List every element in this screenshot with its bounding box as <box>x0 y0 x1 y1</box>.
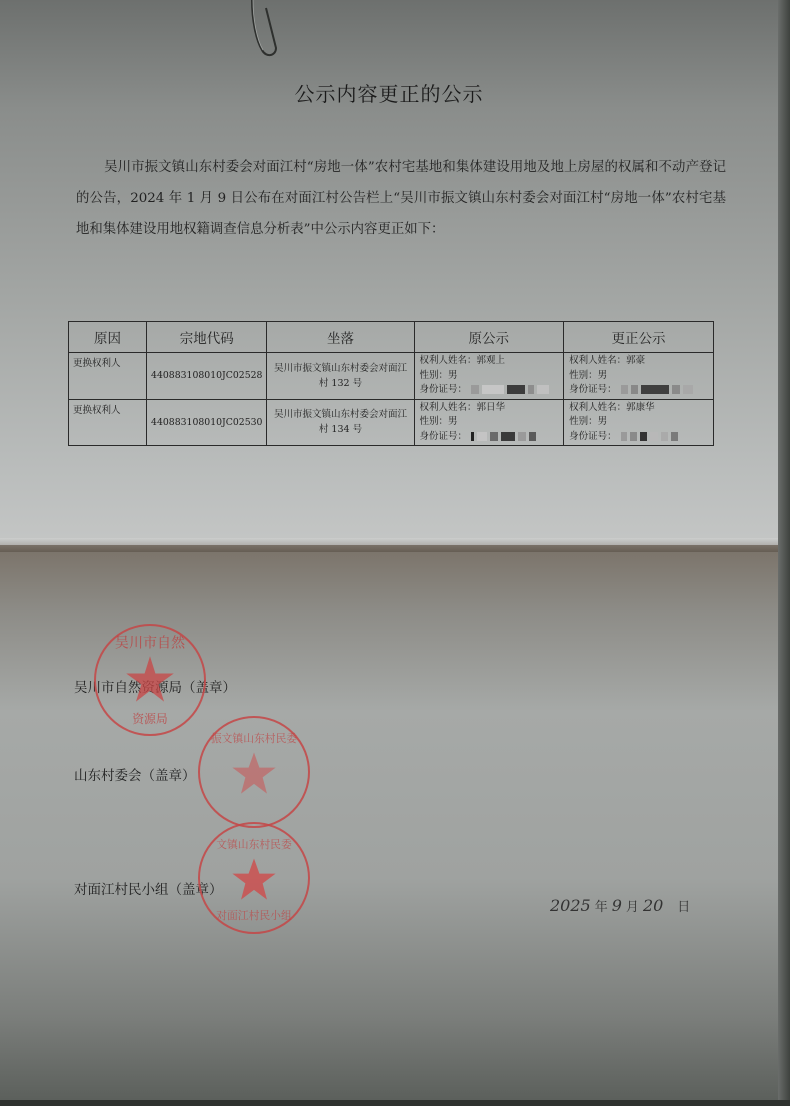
svg-text:文镇山东村民委: 文镇山东村民委 <box>216 837 292 851</box>
header-reason: 原因 <box>69 322 147 353</box>
table-row: 更换权利人 440883108010JC02528 吴川市振文镇山东村委会对面江… <box>69 353 714 400</box>
gender-value: 男 <box>448 416 458 427</box>
notice-paragraph: 吴川市振文镇山东村委会对面江村“房地一体”农村宅基地和集体建设用地及地上房屋的权… <box>76 152 726 245</box>
id-redacted <box>621 432 681 441</box>
svg-text:资源局: 资源局 <box>132 712 168 726</box>
id-redacted <box>471 385 552 394</box>
header-parcel-code: 宗地代码 <box>147 322 267 353</box>
holder-name: 郭日华 <box>477 402 506 413</box>
signature-village-committee: 山东村委会（盖章） <box>74 764 196 784</box>
header-original-notice: 原公示 <box>414 322 564 353</box>
paper-edge-bottom <box>0 1100 790 1106</box>
holder-name: 郭豪 <box>626 355 645 366</box>
cell-reason: 更换权利人 <box>69 399 147 446</box>
svg-text:吴川市自然: 吴川市自然 <box>115 636 186 652</box>
date-month-unit: 月 <box>626 900 639 915</box>
villager-group-seal-stamp: 文镇山东村民委 对面江村民小组 <box>198 822 310 934</box>
gender-value: 男 <box>448 370 458 381</box>
date-month: 9 <box>612 896 622 915</box>
cell-parcel-code: 440883108010JC02528 <box>147 353 267 400</box>
header-corrected-notice: 更正公示 <box>564 322 714 353</box>
cell-reason: 更换权利人 <box>69 353 147 400</box>
document-title: 公示内容更正的公示 <box>0 78 778 107</box>
id-redacted <box>471 432 539 441</box>
gender-value: 男 <box>598 370 608 381</box>
name-label: 权利人姓名： <box>569 355 626 366</box>
gender-value: 男 <box>598 416 608 427</box>
paper-fold <box>0 538 778 552</box>
gender-label: 性别： <box>420 370 449 381</box>
date-day: 20 <box>643 896 663 915</box>
holder-name: 郭观上 <box>477 355 506 366</box>
name-label: 权利人姓名： <box>420 402 477 413</box>
date-year: 2025 <box>550 896 591 915</box>
cell-original: 权利人姓名：郭观上 性别：男 身份证号： <box>414 353 564 400</box>
svg-text:对面江村民小组: 对面江村民小组 <box>216 908 292 922</box>
gender-label: 性别： <box>569 416 598 427</box>
id-label: 身份证号： <box>569 431 617 442</box>
cell-original: 权利人姓名：郭日华 性别：男 身份证号： <box>414 399 564 446</box>
cell-location: 吴川市振文镇山东村委会对面江村 132 号 <box>267 353 414 400</box>
paper-edge <box>778 0 790 1106</box>
cell-corrected: 权利人姓名：郭康华 性别：男 身份证号： <box>564 399 714 446</box>
id-label: 身份证号： <box>420 431 468 442</box>
date-year-unit: 年 <box>595 900 608 915</box>
name-label: 权利人姓名： <box>420 355 477 366</box>
id-redacted <box>621 385 696 394</box>
gender-label: 性别： <box>420 416 449 427</box>
gender-label: 性别： <box>569 370 598 381</box>
village-committee-seal-stamp: 振文镇山东村民委 <box>198 716 310 828</box>
cell-corrected: 权利人姓名：郭豪 性别：男 身份证号： <box>564 353 714 400</box>
cell-parcel-code: 440883108010JC02530 <box>147 399 267 446</box>
correction-table: 原因 宗地代码 坐落 原公示 更正公示 更换权利人 440883108010JC… <box>68 321 714 446</box>
header-location: 坐落 <box>267 322 414 353</box>
table-row: 更换权利人 440883108010JC02530 吴川市振文镇山东村委会对面江… <box>69 399 714 446</box>
id-label: 身份证号： <box>420 384 468 395</box>
cell-location: 吴川市振文镇山东村委会对面江村 134 号 <box>267 399 414 446</box>
paperclip-icon <box>246 0 282 58</box>
paragraph-text: 吴川市振文镇山东村委会对面江村“房地一体”农村宅基地和集体建设用地及地上房屋的权… <box>76 160 726 237</box>
official-seal-stamp: 吴川市自然 资源局 <box>94 624 206 736</box>
date-day-unit: 日 <box>677 900 690 915</box>
id-label: 身份证号： <box>569 384 617 395</box>
signing-date: 2025年9月20日 <box>550 896 694 915</box>
holder-name: 郭康华 <box>626 402 655 413</box>
svg-text:振文镇山东村民委: 振文镇山东村民委 <box>211 731 298 745</box>
table-header-row: 原因 宗地代码 坐落 原公示 更正公示 <box>69 322 714 353</box>
name-label: 权利人姓名： <box>569 402 626 413</box>
